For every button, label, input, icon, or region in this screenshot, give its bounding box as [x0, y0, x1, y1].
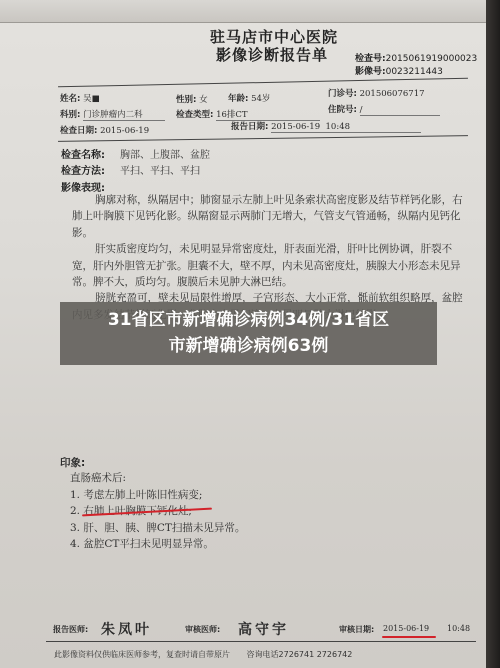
report-doctor-label: 报告医师:: [53, 625, 88, 634]
inpatient-no-label: 住院号:: [328, 105, 357, 115]
report-date-label: 报告日期:: [231, 122, 268, 132]
exam-method: 平扫、平扫、平扫: [120, 162, 200, 177]
caption-line-2: 市新增确诊病例63例: [60, 333, 437, 359]
report-ids: 检查号:2015061919000023 影像号:0023211443: [355, 53, 477, 79]
review-doctor-label: 审核医师:: [185, 625, 220, 634]
hospital-name: 驻马店市中心医院: [210, 28, 338, 46]
patient-name-field: 姓名: 吴■: [60, 92, 100, 104]
consult-phone: 咨询电话2726741 2726742: [247, 650, 353, 659]
exam-date-label: 检查日期:: [60, 126, 97, 136]
inpatient-no-field: 住院号: /: [328, 103, 440, 116]
inpatient-no: /: [360, 105, 440, 116]
headline-caption-overlay: 31省区市新增确诊病例34例/31省区 市新增确诊病例63例: [60, 302, 437, 365]
folded-page-edge: [0, 0, 488, 23]
impression-item: 3. 肝、胆、胰、脾CT扫描未见异常。: [70, 520, 245, 537]
findings-paragraph-chest: 胸廓对称，纵隔居中；肺窗显示左肺上叶见条索状高密度影及结节样钙化影，右肺上叶胸膜…: [72, 192, 468, 241]
impression-intro: 直肠癌术后:: [70, 470, 245, 487]
exam-date-field: 检查日期: 2015-06-19: [60, 124, 149, 136]
report-header: 驻马店市中心医院 影像诊断报告单: [210, 28, 338, 64]
age: 54岁: [251, 94, 270, 104]
footer-notice: 此影像资料仅供临床医师参考，复查时请自带原片 咨询电话2726741 27267…: [54, 649, 352, 660]
department-label: 科别:: [60, 110, 80, 120]
info-divider: [58, 135, 468, 142]
report-title: 影像诊断报告单: [216, 46, 338, 64]
outpatient-no-label: 门诊号:: [328, 89, 357, 99]
age-field: 年龄: 54岁: [228, 92, 270, 104]
exam-no: 2015061919000023: [386, 54, 478, 64]
department-field: 科别: 门诊肿瘤内二科: [60, 108, 165, 121]
patient-name: 吴■: [83, 94, 100, 104]
exam-method-label: 检查方法:: [61, 162, 105, 177]
exam-no-label: 检查号:: [355, 54, 386, 64]
outpatient-no: 201506076717: [360, 89, 425, 99]
exam-name-label: 检查名称:: [61, 146, 105, 161]
gender-field: 性别: 女: [176, 93, 208, 105]
image-no: 0023211443: [386, 67, 443, 77]
report-doctor-signature: 朱凤叶: [101, 619, 152, 639]
gender: 女: [199, 95, 208, 105]
age-label: 年龄:: [228, 94, 248, 104]
review-doctor-signature: 高守宇: [238, 619, 289, 639]
review-time: 10:48: [447, 624, 470, 633]
exam-type-label: 检查类型:: [176, 110, 213, 120]
findings-paragraph-abdomen: 肝实质密度均匀，未见明显异常密度灶，肝表面光滑，肝叶比例协调，肝裂不宽，肝内外胆…: [72, 241, 468, 290]
header-divider: [58, 78, 468, 88]
exam-name: 胸部、上腹部、盆腔: [120, 146, 210, 161]
image-no-label: 影像号:: [355, 67, 386, 77]
red-pen-underline-date: [382, 636, 436, 638]
outpatient-no-field: 门诊号: 201506076717: [328, 87, 425, 99]
name-label: 姓名:: [60, 94, 80, 104]
caption-line-1: 31省区市新增确诊病例34例/31省区: [60, 307, 437, 333]
dark-background-edge: [486, 0, 500, 668]
review-date: 2015-06-19: [383, 624, 429, 633]
impression-item: 1. 考虑左肺上叶陈旧性病变;: [70, 487, 245, 504]
report-date-field: 报告日期: 2015-06-19 10:48: [231, 120, 421, 133]
impression-label: 印象:: [60, 455, 85, 470]
report-date: 2015-06-19 10:48: [271, 122, 421, 133]
footer-divider: [46, 641, 476, 642]
gender-label: 性别:: [176, 95, 196, 105]
impression-item: 4. 盆腔CT平扫未见明显异常。: [70, 536, 245, 553]
review-date-label: 审核日期:: [339, 625, 374, 634]
department: 门诊肿瘤内二科: [83, 108, 165, 121]
notice-text: 此影像资料仅供临床医师参考，复查时请自带原片: [54, 650, 230, 659]
exam-date: 2015-06-19: [100, 126, 149, 136]
